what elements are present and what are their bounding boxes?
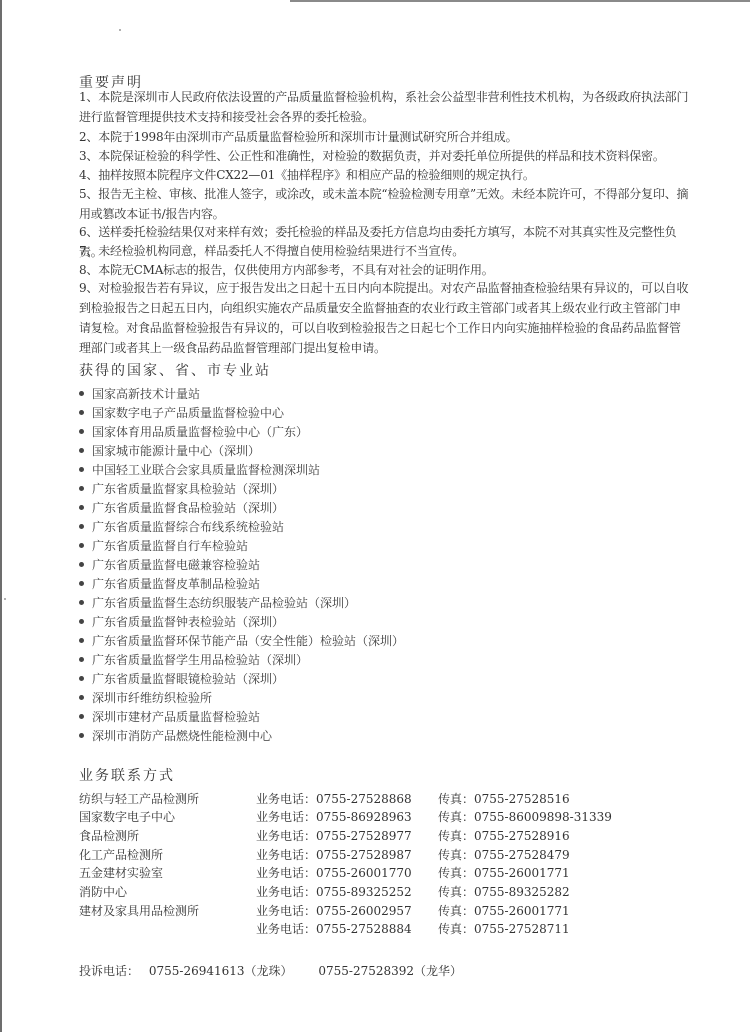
station-item: 深圳市纤维纺织检验所 <box>79 689 212 707</box>
bullet-icon <box>79 714 84 719</box>
scan-speck <box>4 598 6 600</box>
notice-paragraph-5: 5、报告无主检、审核、批准人签字，或涂改，或未盖本院“检验检测专用章”无效。未经… <box>79 184 691 224</box>
station-item: 国家城市能源计量中心（深圳） <box>79 442 260 460</box>
station-item: 广东省质量监督皮革制品检验站 <box>79 575 260 593</box>
bullet-icon <box>79 524 84 529</box>
complaint-line: 投诉电话： 0755-26941613（龙珠） 0755-27528392（龙华… <box>79 962 468 979</box>
station-item: 广东省质量监督眼镜检验站（深圳） <box>79 670 284 688</box>
bullet-icon <box>79 581 84 586</box>
contact-fax: 传真：0755-27528916 <box>438 827 570 845</box>
station-item: 国家体育用品质量监督检验中心（广东） <box>79 423 308 441</box>
bullet-icon <box>79 448 84 453</box>
scan-page-edge-top <box>290 0 750 2</box>
bullet-icon <box>79 410 84 415</box>
contact-phone: 业务电话：0755-86928963 <box>256 808 412 826</box>
contacts-title: 业务联系方式 <box>79 765 175 785</box>
contact-fax: 传真：0755-26001771 <box>438 902 570 920</box>
complaint-label: 投诉电话： <box>79 964 139 978</box>
bullet-icon <box>79 695 84 700</box>
bullet-icon <box>79 600 84 605</box>
contact-dept: 五金建材实验室 <box>79 864 163 882</box>
bullet-icon <box>79 733 84 738</box>
notice-paragraph-3: 3、本院保证检验的科学性、公正性和准确性，对检验的数据负责，并对委托单位所提供的… <box>79 146 691 166</box>
bullet-icon <box>79 486 84 491</box>
contact-dept: 纺织与轻工产品检测所 <box>79 790 199 808</box>
bullet-icon <box>79 429 84 434</box>
scan-page-edge-left <box>0 0 2 1032</box>
station-item: 国家高新技术计量站 <box>79 385 200 403</box>
notice-paragraph-7: 7、未经检验机构同意，样品委托人不得擅自使用检验结果进行不当宣传。 <box>79 241 691 261</box>
contact-fax: 传真：0755-86009898-31339 <box>438 808 612 826</box>
station-item: 广东省质量监督学生用品检验站（深圳） <box>79 651 308 669</box>
bullet-icon <box>79 676 84 681</box>
contact-dept: 食品检测所 <box>79 827 139 845</box>
bullet-icon <box>79 562 84 567</box>
notice-paragraph-4: 4、抽样按照本院程序文件CX22—01《抽样程序》和相应产品的检验细则的规定执行… <box>79 165 691 185</box>
contact-dept: 消防中心 <box>79 883 127 901</box>
station-item: 广东省质量监督自行车检验站 <box>79 537 248 555</box>
contact-fax: 传真：0755-27528711 <box>438 920 570 938</box>
contact-phone: 业务电话：0755-27528977 <box>256 827 412 845</box>
bullet-icon <box>79 391 84 396</box>
contact-fax: 传真：0755-27528516 <box>438 790 570 808</box>
station-item: 中国轻工业联合会家具质量监督检测深圳站 <box>79 461 320 479</box>
bullet-icon <box>79 467 84 472</box>
contact-phone: 业务电话：0755-26001770 <box>256 864 412 882</box>
contact-dept: 建材及家具用品检测所 <box>79 902 199 920</box>
station-item: 深圳市建材产品质量监督检验站 <box>79 708 260 726</box>
station-item: 深圳市消防产品燃烧性能检测中心 <box>79 727 272 745</box>
station-item: 广东省质量监督家具检验站（深圳） <box>79 480 284 498</box>
contact-dept: 国家数字电子中心 <box>79 808 175 826</box>
contact-fax: 传真：0755-26001771 <box>438 864 570 882</box>
contact-phone: 业务电话：0755-89325252 <box>256 883 412 901</box>
contact-dept: 化工产品检测所 <box>79 846 163 864</box>
station-item: 广东省质量监督食品检验站（深圳） <box>79 499 284 517</box>
bullet-icon <box>79 638 84 643</box>
contact-phone: 业务电话：0755-27528868 <box>256 790 412 808</box>
notice-paragraph-9: 9、对检验报告若有异议，应于报告发出之日起十五日内向本院提出。对农产品监督抽查检… <box>79 278 691 358</box>
station-item: 国家数字电子产品质量监督检验中心 <box>79 404 284 422</box>
station-item: 广东省质量监督生态纺织服装产品检验站（深圳） <box>79 594 356 612</box>
station-item: 广东省质量监督环保节能产品（安全性能）检验站（深圳） <box>79 632 404 650</box>
bullet-icon <box>79 657 84 662</box>
contact-fax: 传真：0755-27528479 <box>438 846 570 864</box>
contact-phone: 业务电话：0755-27528987 <box>256 846 412 864</box>
complaint-phone-longzhu: 0755-26941613（龙珠） <box>149 964 293 978</box>
notice-paragraph-8: 8、本院无CMA标志的报告，仅供使用方内部参考，不具有对社会的证明作用。 <box>79 260 691 280</box>
station-item: 广东省质量监督钟表检验站（深圳） <box>79 613 284 631</box>
complaint-phone-longhua: 0755-27528392（龙华） <box>318 964 462 978</box>
bullet-icon <box>79 619 84 624</box>
bullet-icon <box>79 505 84 510</box>
contact-phone: 业务电话：0755-26002957 <box>256 902 412 920</box>
notice-paragraph-1: 1、本院是深圳市人民政府依法设置的产品质量监督检验机构，系社会公益型非营利性技术… <box>79 87 691 127</box>
station-item: 广东省质量监督综合布线系统检验站 <box>79 518 284 536</box>
notice-paragraph-2: 2、本院于1998年由深圳市产品质量监督检验所和深圳市计量测试研究所合并组成。 <box>79 127 691 147</box>
contact-phone: 业务电话：0755-27528884 <box>256 920 412 938</box>
contact-fax: 传真：0755-89325282 <box>438 883 570 901</box>
stations-title: 获得的国家、省、市专业站 <box>79 360 271 380</box>
station-item: 广东省质量监督电磁兼容检验站 <box>79 556 260 574</box>
scan-speck <box>119 29 121 31</box>
bullet-icon <box>79 543 84 548</box>
